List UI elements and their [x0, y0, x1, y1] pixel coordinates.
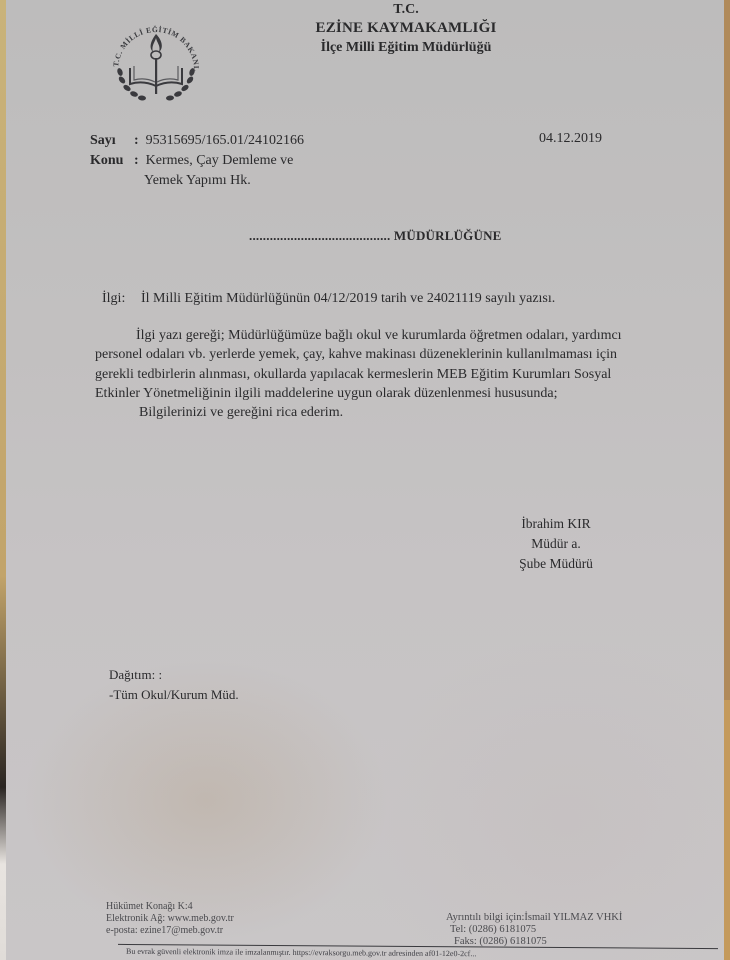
footer-contact-person: Ayrıntılı bilgi için:İsmail YILMAZ VHKİ [446, 912, 622, 924]
ministry-emblem-icon: T.C. MİLLİ EĞİTİM BAKANLIĞI [104, 12, 208, 108]
ilgi-label: İlgi: [102, 289, 125, 309]
sayi-separator: : [134, 133, 139, 148]
sayi-row: Sayı: 95315695/165.01/24102166 [90, 133, 304, 149]
closing-line: Bilgilerinizi ve gereğini rica ederim. [139, 403, 343, 423]
konu-value-line1: Kermes, Çay Demleme ve [146, 153, 294, 168]
signature-block: İbrahim KIR Müdür a. Şube Müdürü [506, 514, 606, 574]
konu-separator: : [134, 153, 139, 168]
distribution-label: Dağıtım: : [109, 665, 239, 685]
paper-right-edge [724, 700, 730, 960]
header-tc: T.C. [256, 2, 556, 18]
sayi-label: Sayı [90, 133, 134, 149]
signatory-title: Müdür a. [506, 534, 606, 554]
konu-row: Konu: Kermes, Çay Demleme ve [90, 153, 293, 169]
document-date: 04.12.2019 [539, 131, 602, 147]
distribution-block: Dağıtım: : -Tüm Okul/Kurum Müd. [109, 665, 239, 705]
signatory-position: Şube Müdürü [506, 554, 606, 574]
body-line: İlgi yazı gereği; Müdürlüğümüze bağlı ok… [136, 326, 622, 346]
header-district-governorship: EZİNE KAYMAKAMLIĞI [256, 20, 556, 37]
footer-contact-right: Ayrıntılı bilgi için:İsmail YILMAZ VHKİ … [446, 912, 622, 948]
footer-phone: Tel: (0286) 6181075 [446, 924, 622, 936]
body-line: Etkinler Yönetmeliğinin ilgili maddeleri… [95, 384, 558, 404]
footer-address: Hükümet Konağı K:4 [106, 901, 234, 913]
konu-label: Konu [90, 153, 134, 169]
footer-website: Elektronik Ağ: www.meb.gov.tr [106, 913, 234, 925]
konu-value-line2: Yemek Yapımı Hk. [144, 173, 251, 189]
ilgi-text: İl Milli Eğitim Müdürlüğünün 04/12/2019 … [141, 289, 555, 309]
footer-email: e-posta: ezine17@meb.gov.tr [106, 925, 234, 937]
document-page: T.C. MİLLİ EĞİTİM BAKANLIĞI T.C. EZİNE K… [6, 0, 724, 960]
signatory-name: İbrahim KIR [506, 514, 606, 534]
e-signature-notice: Bu evrak güvenli elektronik imza ile imz… [126, 947, 476, 958]
addressee: ........................................… [249, 228, 502, 244]
body-line: gerekli tedbirlerin alınması, okullarda … [95, 365, 611, 385]
body-line: personel odaları vb. yerlerde yemek, çay… [95, 345, 617, 365]
footer-contact-left: Hükümet Konağı K:4 Elektronik Ağ: www.me… [106, 901, 234, 937]
sayi-value: 95315695/165.01/24102166 [146, 133, 304, 148]
distribution-item: -Tüm Okul/Kurum Müd. [109, 685, 239, 705]
header-directorate: İlçe Milli Eğitim Müdürlüğü [256, 40, 556, 56]
